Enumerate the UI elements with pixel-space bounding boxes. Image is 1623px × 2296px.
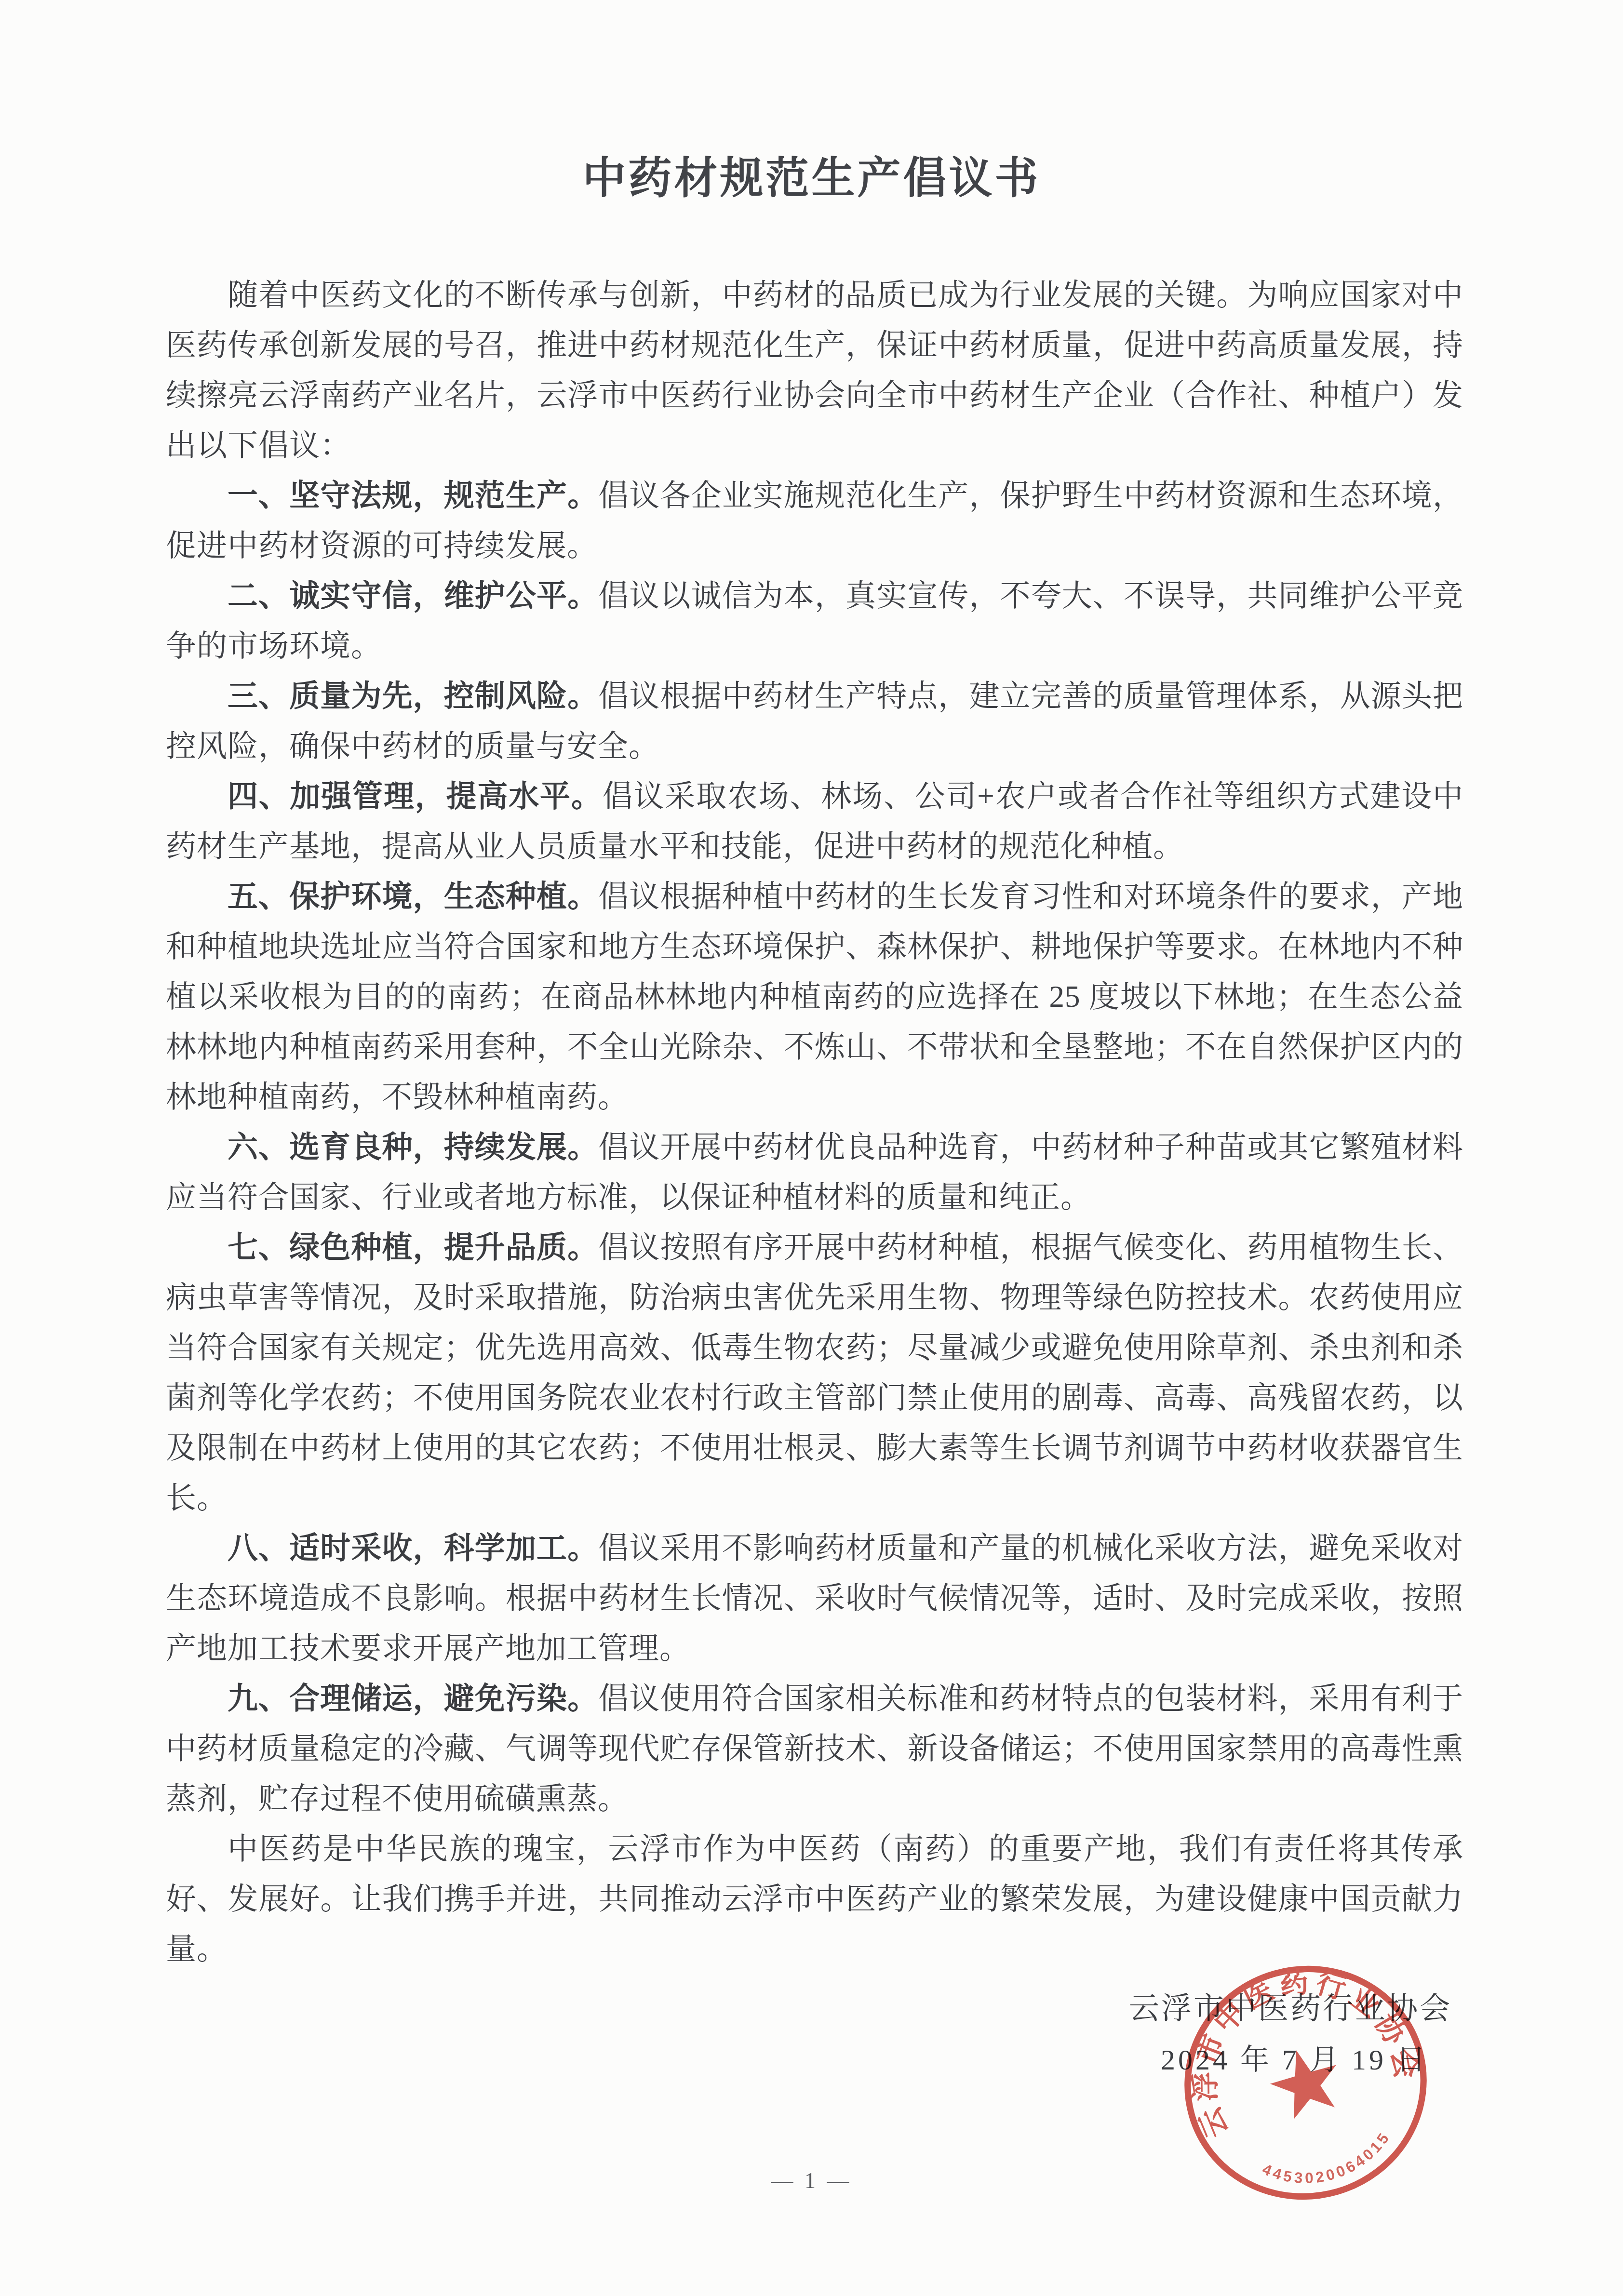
intro-paragraph: 随着中医药文化的不断传承与创新，中药材的品质已成为行业发展的关键。为响应国家对中…	[166, 270, 1463, 470]
proposal-item: 一、坚守法规，规范生产。倡议各企业实施规范化生产，保护野生中药材资源和生态环境，…	[166, 470, 1463, 571]
item-lead: 九、合理储运，避免污染。	[228, 1682, 598, 1715]
proposal-item: 二、诚实守信，维护公平。倡议以诚信为本，真实宣传，不夸大、不误导，共同维护公平竞…	[166, 571, 1463, 671]
item-body: 倡议根据种植中药材的生长发育习性和对环境条件的要求，产地和种植地块选址应当符合国…	[166, 880, 1463, 1114]
proposal-item: 三、质量为先，控制风险。倡议根据中药材生产特点，建立完善的质量管理体系，从源头把…	[166, 671, 1463, 771]
seal-number: 4453020064015	[1256, 2125, 1401, 2202]
svg-text:4453020064015: 4453020064015	[1256, 2125, 1401, 2202]
official-seal: 云浮市中医药行业协会 4453020064015	[1176, 1961, 1435, 2205]
item-body: 倡议按照有序开展中药材种植，根据气候变化、药用植物生长、病虫草害等情况，及时采取…	[166, 1230, 1463, 1515]
document-page: 中药材规范生产倡议书 随着中医药文化的不断传承与创新，中药材的品质已成为行业发展…	[0, 0, 1623, 2296]
closing-paragraph: 中医药是中华民族的瑰宝，云浮市作为中医药（南药）的重要产地，我们有责任将其传承好…	[166, 1824, 1463, 1974]
proposal-item: 五、保护环境，生态种植。倡议根据种植中药材的生长发育习性和对环境条件的要求，产地…	[166, 871, 1463, 1122]
svg-text:云浮市中医药行业协会: 云浮市中医药行业协会	[1176, 1961, 1427, 2144]
seal-arc-text: 云浮市中医药行业协会	[1176, 1961, 1427, 2144]
item-lead: 六、选育良种，持续发展。	[228, 1130, 598, 1164]
proposal-item: 九、合理储运，避免污染。倡议使用符合国家相关标准和药材特点的包装材料，采用有利于…	[166, 1673, 1463, 1824]
item-lead: 三、质量为先，控制风险。	[228, 679, 598, 713]
proposal-item: 七、绿色种植，提升品质。倡议按照有序开展中药材种植，根据气候变化、药用植物生长、…	[166, 1222, 1463, 1523]
item-lead: 四、加强管理，提高水平。	[228, 779, 603, 813]
item-lead: 七、绿色种植，提升品质。	[228, 1230, 598, 1264]
proposal-item: 六、选育良种，持续发展。倡议开展中药材优良品种选育，中药材种子种苗或其它繁殖材料…	[166, 1122, 1463, 1222]
item-lead: 八、适时采收，科学加工。	[228, 1531, 598, 1565]
item-lead: 二、诚实守信，维护公平。	[228, 579, 598, 613]
item-lead: 五、保护环境，生态种植。	[228, 880, 598, 913]
document-title: 中药材规范生产倡议书	[0, 0, 1623, 205]
proposal-item: 八、适时采收，科学加工。倡议采用不影响药材质量和产量的机械化采收方法，避免采收对…	[166, 1523, 1463, 1673]
item-lead: 一、坚守法规，规范生产。	[228, 479, 598, 512]
proposal-item: 四、加强管理，提高水平。倡议采取农场、林场、公司+农户或者合作社等组织方式建设中…	[166, 771, 1463, 871]
seal-star	[1263, 2041, 1348, 2123]
document-body: 随着中医药文化的不断传承与创新，中药材的品质已成为行业发展的关键。为响应国家对中…	[166, 270, 1463, 1974]
